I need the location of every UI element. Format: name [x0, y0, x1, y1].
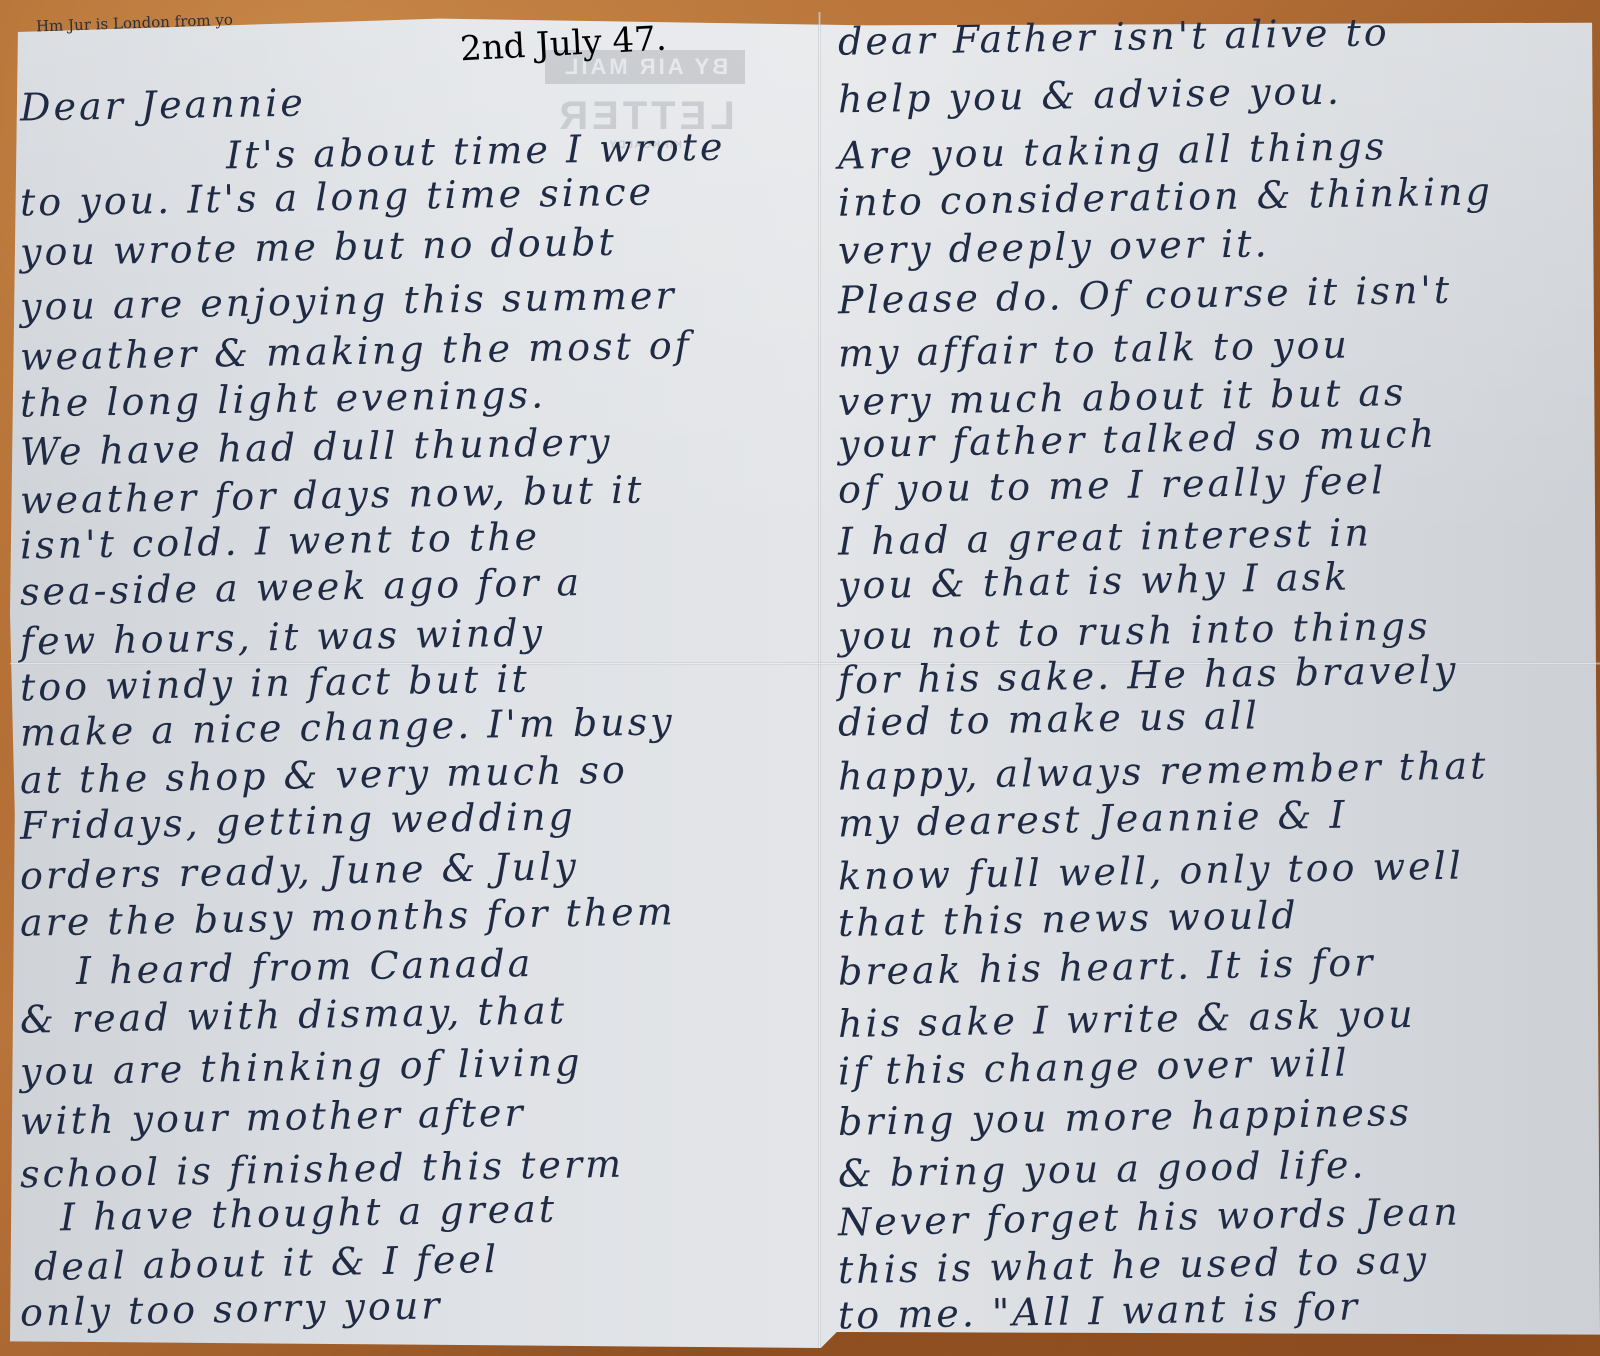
handwritten-line: It's about time I wrote	[226, 128, 726, 175]
handwritten-line: orders ready, June & July	[20, 847, 579, 895]
handwritten-line: isn't cold. I went to the	[20, 517, 541, 564]
handwritten-line: my dearest Jeannie & I	[838, 796, 1348, 843]
handwritten-line: sea-side a week ago for a	[20, 563, 583, 611]
handwritten-line: Never forget his words Jean	[838, 1193, 1461, 1242]
handwritten-line: you are enjoying this summer	[20, 276, 677, 325]
handwritten-line: & read with dismay, that	[20, 991, 568, 1039]
handwritten-line: your father talked so much	[838, 415, 1438, 463]
handwritten-line: I heard from Canada	[76, 944, 534, 990]
handwritten-line: this is what he used to say	[838, 1241, 1430, 1289]
vertical-fold-crease	[818, 12, 821, 1348]
handwritten-line: you are thinking of living	[20, 1043, 583, 1091]
handwritten-line: Fridays, getting wedding	[20, 797, 576, 845]
handwritten-line: few hours, it was windy	[20, 613, 546, 660]
handwritten-line: bring you more happiness	[838, 1093, 1413, 1141]
handwritten-line: help you & advise you.	[838, 72, 1342, 119]
handwritten-line: his sake I write & ask you	[838, 995, 1416, 1043]
handwritten-line: happy, always remember that	[838, 746, 1489, 795]
handwritten-line: know full well, only too well	[838, 847, 1464, 896]
handwritten-line: We have had dull thundery	[20, 423, 613, 471]
handwritten-line: if this change over will	[838, 1044, 1350, 1091]
handwritten-line: Dear Jeannie	[20, 84, 306, 127]
handwritten-line: weather & making the most of	[20, 326, 692, 376]
handwritten-line: I have thought a great	[60, 1190, 558, 1237]
handwritten-line: too windy in fact but it	[20, 660, 530, 707]
handwritten-line: only too sorry your	[20, 1286, 443, 1331]
handwritten-line: died to make us all	[838, 696, 1261, 741]
handwritten-line: into consideration & thinking	[838, 172, 1493, 221]
handwritten-line: are the busy months for them	[20, 892, 676, 941]
handwritten-line: the long light evenings.	[20, 375, 547, 422]
handwritten-line: to you. It's a long time since	[20, 172, 655, 221]
handwritten-line: I had a great interest in	[838, 513, 1372, 560]
handwritten-line: you & that is why I ask	[838, 558, 1351, 605]
handwritten-line: for his sake. He has bravely	[838, 651, 1459, 700]
handwritten-line: my affair to talk to you	[838, 326, 1350, 373]
handwritten-line: break his heart. It is for	[838, 943, 1376, 990]
handwritten-line: you not to rush into things	[838, 607, 1431, 655]
handwritten-line: weather for days now, but it	[20, 471, 645, 520]
handwritten-line: at the shop & very much so	[20, 751, 628, 800]
handwritten-line: to me. "All I want is for	[838, 1287, 1361, 1334]
handwritten-line: you wrote me but no doubt	[20, 223, 617, 271]
handwritten-line: & bring you a good life.	[838, 1145, 1367, 1192]
handwritten-line: Please do. Of course it isn't	[838, 271, 1453, 320]
handwritten-line: make a nice change. I'm busy	[20, 702, 675, 751]
handwritten-line: deal about it & I feel	[34, 1240, 500, 1286]
handwritten-line: that this news would	[838, 896, 1299, 942]
handwritten-line: Are you taking all things	[838, 127, 1388, 175]
handwritten-line: very deeply over it.	[838, 224, 1270, 270]
handwritten-line: school is finished this term	[20, 1145, 625, 1194]
handwritten-line: dear Father isn't alive to	[838, 13, 1390, 61]
handwritten-line: with your mother after	[20, 1094, 526, 1141]
handwritten-line: of you to me I really feel	[838, 461, 1387, 509]
